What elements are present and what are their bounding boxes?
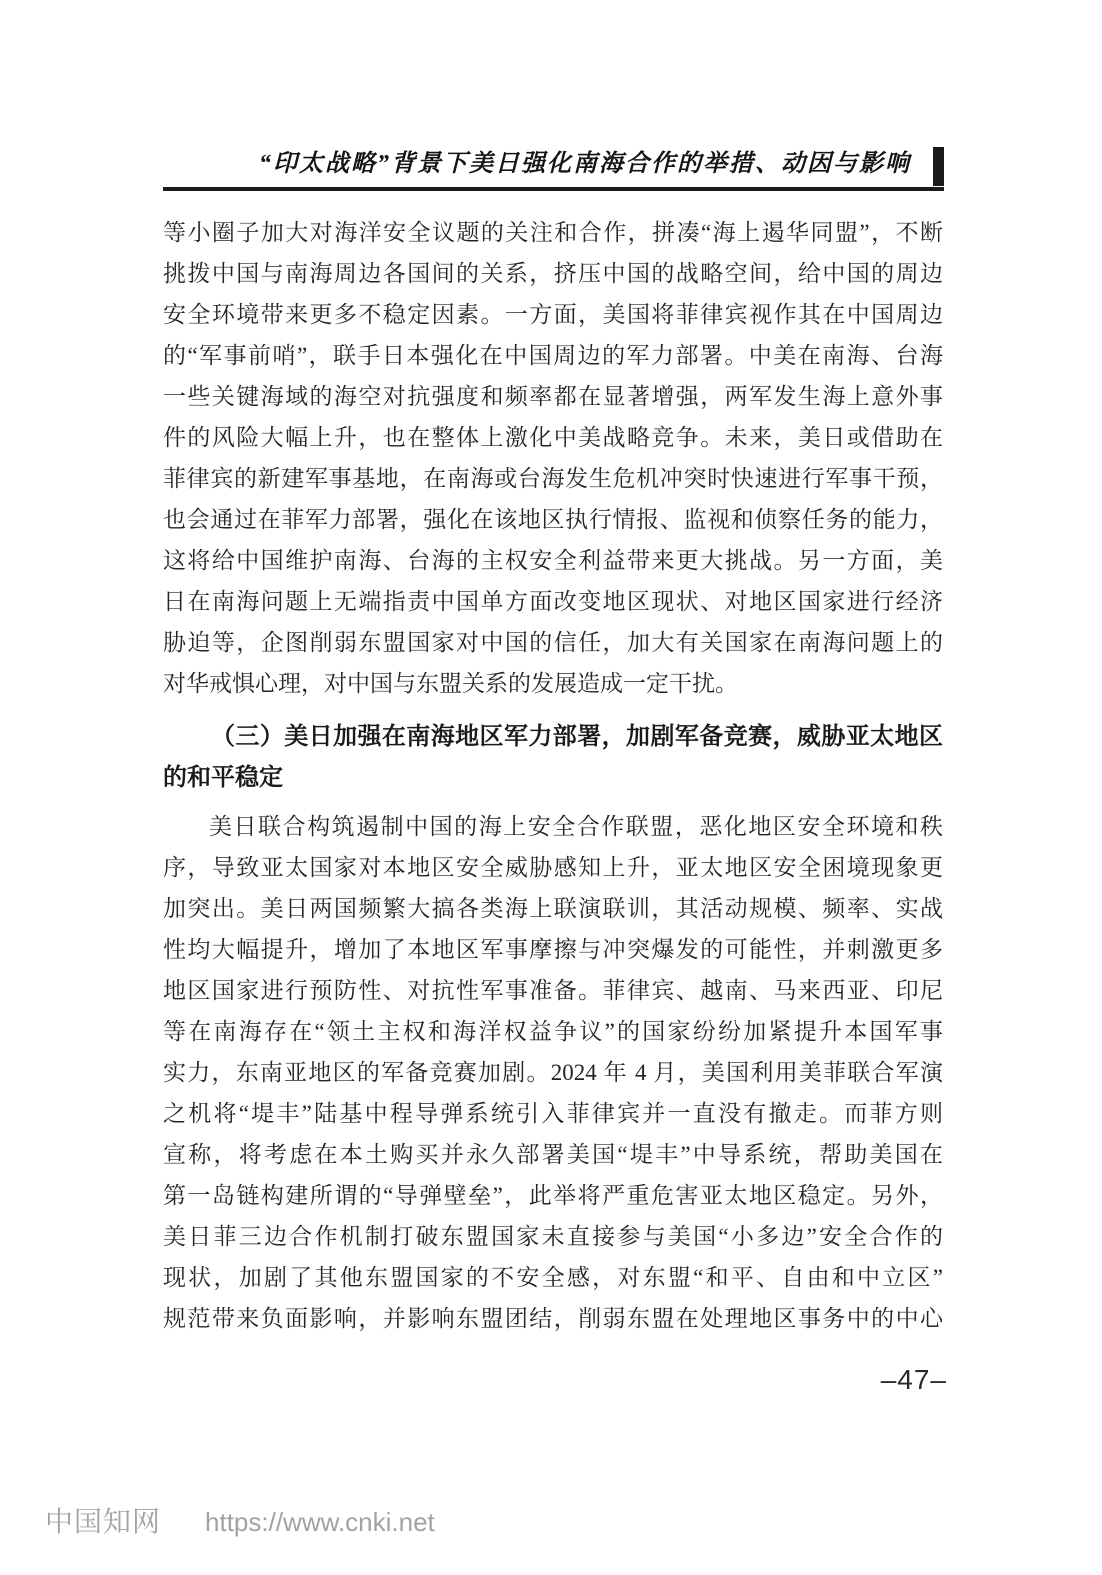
text-line: 序，导致亚太国家对本地区安全威胁感知上升，亚太地区安全困境现象更 <box>163 847 943 888</box>
text-line: 这将给中国维护南海、台海的主权安全利益带来更大挑战。另一方面，美 <box>163 540 943 581</box>
text-line: 地区国家进行预防性、对抗性军事准备。菲律宾、越南、马来西亚、印尼 <box>163 970 943 1011</box>
watermark-site-name: 中国知网 <box>45 1500 161 1540</box>
page-number: –47– <box>881 1364 947 1396</box>
text-line: 美日菲三边合作机制打破东盟国家未直接参与美国“小多边”安全合作的 <box>163 1216 943 1257</box>
text-line: 挑拨中国与南海周边各国间的关系，挤压中国的战略空间，给中国的周边 <box>163 253 943 294</box>
page-body-text: 等小圈子加大对海洋安全议题的关注和合作，拼凑“海上遏华同盟”，不断 挑拨中国与南… <box>163 212 943 1339</box>
text-line: 对华戒惧心理，对中国与东盟关系的发展造成一定干扰。 <box>163 663 943 704</box>
header-rule <box>163 187 944 191</box>
text-line: 现状，加剧了其他东盟国家的不安全感，对东盟“和平、自由和中立区” <box>163 1257 943 1298</box>
text-line: 宣称，将考虑在本土购买并永久部署美国“堤丰”中导系统，帮助美国在 <box>163 1134 943 1175</box>
text-line: 等小圈子加大对海洋安全议题的关注和合作，拼凑“海上遏华同盟”，不断 <box>163 212 943 253</box>
text-line: 一些关键海域的海空对抗强度和频率都在显著增强，两军发生海上意外事 <box>163 376 943 417</box>
text-line: 菲律宾的新建军事基地，在南海或台海发生危机冲突时快速进行军事干预， <box>163 458 943 499</box>
text-line: 美日联合构筑遏制中国的海上安全合作联盟，恶化地区安全环境和秩 <box>163 806 943 847</box>
text-line: 性均大幅提升，增加了本地区军事摩擦与冲突爆发的可能性，并刺激更多 <box>163 929 943 970</box>
text-line: 第一岛链构建所谓的“导弹壁垒”，此举将严重危害亚太地区稳定。另外， <box>163 1175 943 1216</box>
text-line: 加突出。美日两国频繁大搞各类海上联演联训，其活动规模、频率、实战 <box>163 888 943 929</box>
watermark-site-url: https://www.cnki.net <box>205 1507 435 1538</box>
document-page: “印太战略”背景下美日强化南海合作的举措、动因与影响 等小圈子加大对海洋安全议题… <box>0 0 1102 1575</box>
cnki-watermark: 中国知网 https://www.cnki.net <box>45 1500 435 1540</box>
text-line: 安全环境带来更多不稳定因素。一方面，美国将菲律宾视作其在中国周边 <box>163 294 943 335</box>
heading-line: 的和平稳定 <box>163 757 943 798</box>
section-heading: （三）美日加强在南海地区军力部署，加剧军备竞赛，威胁亚太地区 的和平稳定 <box>163 716 943 798</box>
text-line: 等在南海存在“领土主权和海洋权益争议”的国家纷纷加紧提升本国军事 <box>163 1011 943 1052</box>
running-header-title: “印太战略”背景下美日强化南海合作的举措、动因与影响 <box>163 143 911 185</box>
paragraph-2: 美日联合构筑遏制中国的海上安全合作联盟，恶化地区安全环境和秩 序，导致亚太国家对… <box>163 806 943 1339</box>
text-line: 胁迫等，企图削弱东盟国家对中国的信任，加大有关国家在南海问题上的 <box>163 622 943 663</box>
text-line: 实力，东南亚地区的军备竞赛加剧。2024 年 4 月，美国利用美菲联合军演 <box>163 1052 943 1093</box>
text-line: 规范带来负面影响，并影响东盟团结，削弱东盟在处理地区事务中的中心 <box>163 1298 943 1339</box>
paragraph-1: 等小圈子加大对海洋安全议题的关注和合作，拼凑“海上遏华同盟”，不断 挑拨中国与南… <box>163 212 943 704</box>
text-line: 日在南海问题上无端指责中国单方面改变地区现状、对地区国家进行经济 <box>163 581 943 622</box>
text-line: 也会通过在菲军力部署，强化在该地区执行情报、监视和侦察任务的能力， <box>163 499 943 540</box>
heading-line: （三）美日加强在南海地区军力部署，加剧军备竞赛，威胁亚太地区 <box>163 716 943 757</box>
text-line: 的“军事前哨”，联手日本强化在中国周边的军力部署。中美在南海、台海 <box>163 335 943 376</box>
header-accent-block <box>933 147 944 186</box>
text-line: 之机将“堤丰”陆基中程导弹系统引入菲律宾并一直没有撤走。而菲方则 <box>163 1093 943 1134</box>
text-line: 件的风险大幅上升，也在整体上激化中美战略竞争。未来，美日或借助在 <box>163 417 943 458</box>
